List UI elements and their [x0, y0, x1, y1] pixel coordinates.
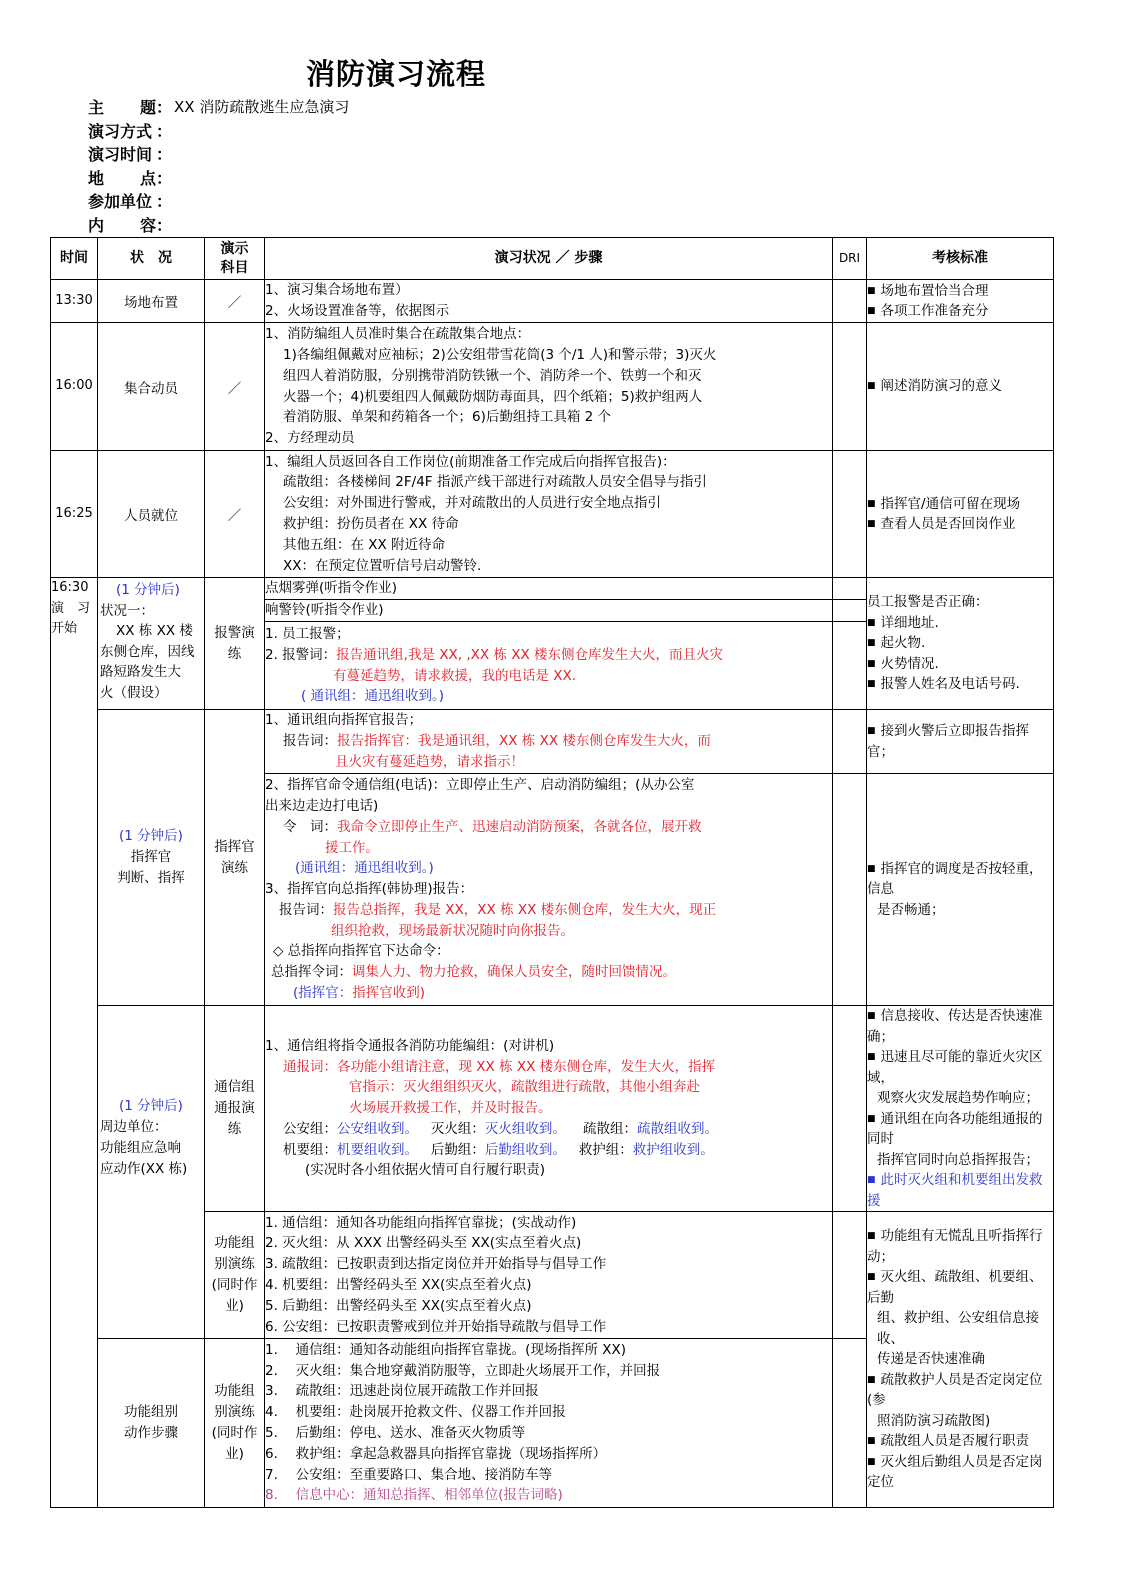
subject-cell: 指挥官 演练	[205, 710, 265, 1006]
drill-table: 时间 状 况 演示科目 演习状况 ／ 步骤 DRI 考核标准 13:30 场地布…	[50, 237, 1054, 1508]
meta-method: 演习方式：	[88, 120, 349, 144]
dri-cell	[833, 578, 867, 600]
table-row: (1 分钟后) 周边单位： 功能组应急响 应动作(XX 栋) 通信组 通报演 练…	[51, 1006, 1054, 1212]
table-row: 16:00 集合动员 ／ 1、消防编组人员准时集合在疏散集合地点： 1)各编组佩…	[51, 323, 1054, 451]
criteria-cell: 员工报警是否正确： 详细地址. 起火物. 火势情况. 报警人姓名及电话号码.	[867, 578, 1054, 710]
header-subject: 演示科目	[205, 238, 265, 280]
meta-topic: 主题：XX 消防疏散逃生应急演习	[88, 96, 349, 120]
status-cell: (1 分钟后) 周边单位： 功能组应急响 应动作(XX 栋)	[98, 1006, 205, 1339]
meta-block: 主题：XX 消防疏散逃生应急演习 演习方式： 演习时间： 地点： 参加单位： 内…	[88, 96, 349, 237]
table-row: (1 分钟后) 指挥官 判断、指挥 指挥官 演练 1、通讯组向指挥官报告； 报告…	[51, 710, 1054, 774]
header-criteria: 考核标准	[867, 238, 1054, 280]
table-row: 16:30 演 习 开始 (1 分钟后) 状况一： XX 栋 XX 楼 东侧仓库…	[51, 578, 1054, 600]
table-header-row: 时间 状 况 演示科目 演习状况 ／ 步骤 DRI 考核标准	[51, 238, 1054, 280]
subject-cell: 功能组 别演练 (同时作 业)	[205, 1212, 265, 1339]
dri-cell	[833, 600, 867, 622]
meta-time: 演习时间：	[88, 143, 349, 167]
subject-cell: 功能组 别演练 (同时作 业)	[205, 1339, 265, 1508]
page-title: 消防演习流程	[306, 52, 486, 93]
meta-content: 内容：	[88, 214, 349, 238]
dri-cell	[833, 280, 867, 323]
meta-location: 地点：	[88, 167, 349, 191]
drill-start-cell: 16:30 演 习 开始	[51, 578, 98, 1508]
status-cell: 功能组别 动作步骤	[98, 1339, 205, 1508]
meta-units: 参加单位：	[88, 190, 349, 214]
dri-cell	[833, 451, 867, 578]
table-row: 13:30 场地布置 ／ 1、演习集合场地布置） 2、火场设置准备等，依据图示 …	[51, 280, 1054, 323]
dri-cell	[833, 1339, 867, 1508]
header-steps: 演习状况 ／ 步骤	[265, 238, 833, 280]
dri-cell	[833, 323, 867, 451]
dri-cell	[833, 622, 867, 710]
table-row: 16:25 人员就位 ／ 1、编组人员返回各自工作岗位(前期准备工作完成后向指挥…	[51, 451, 1054, 578]
dri-cell	[833, 774, 867, 1006]
status-cell: (1 分钟后) 指挥官 判断、指挥	[98, 710, 205, 1006]
header-status: 状 况	[98, 238, 205, 280]
subject-cell: 报警演 练	[205, 578, 265, 710]
dri-cell	[833, 1212, 867, 1339]
header-time: 时间	[51, 238, 98, 280]
subject-cell: 通信组 通报演 练	[205, 1006, 265, 1212]
header-dri: DRI	[833, 238, 867, 280]
dri-cell	[833, 1006, 867, 1212]
status-cell: (1 分钟后) 状况一： XX 栋 XX 楼 东侧仓库，因线 路短路发生大 火（…	[98, 578, 205, 710]
dri-cell	[833, 710, 867, 774]
criteria-cell: 功能组有无慌乱且听指挥行动； 灭火组、疏散组、机要组、后勤 组、救护组、公安组信…	[867, 1212, 1054, 1508]
